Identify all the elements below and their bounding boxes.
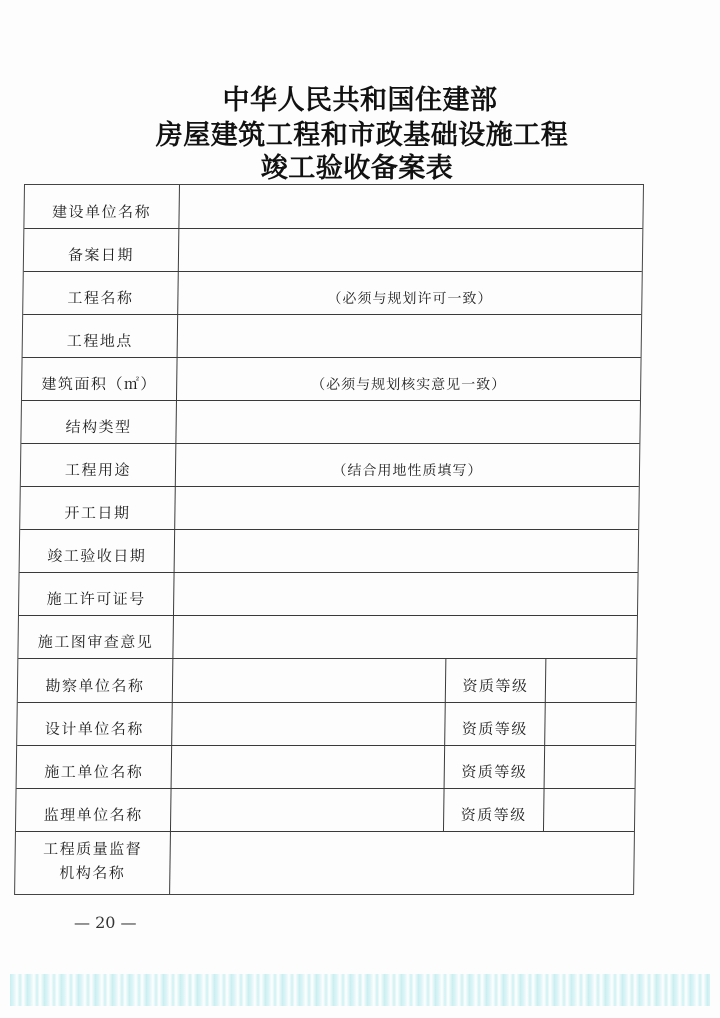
field-drawing-review[interactable] xyxy=(173,616,637,658)
label-project-use: 工程用途 xyxy=(21,444,177,486)
label-floor-area: 建筑面积（㎡） xyxy=(22,358,178,400)
form-row-structure-type: 结构类型 xyxy=(21,401,640,444)
field-survey-unit[interactable] xyxy=(173,659,447,702)
form-row-supervision-unit: 监理单位名称 资质等级 xyxy=(16,789,635,832)
label-design-unit: 设计单位名称 xyxy=(17,703,173,745)
field-design-qualification[interactable] xyxy=(545,703,636,745)
field-filing-date[interactable] xyxy=(179,229,643,271)
form-row-design-unit: 设计单位名称 资质等级 xyxy=(17,703,636,746)
label-filing-date: 备案日期 xyxy=(24,229,180,271)
form-row-contractor-unit: 施工单位名称 资质等级 xyxy=(17,746,636,789)
form-row-survey-unit: 勘察单位名称 资质等级 xyxy=(18,659,637,703)
label-supervision-unit: 监理单位名称 xyxy=(16,789,172,831)
document-title-line-3: 竣工验收备案表 xyxy=(0,152,717,186)
filing-form-table: 建设单位名称 备案日期 工程名称 （必须与规划许可一致） 工程地点 建筑面积（㎡… xyxy=(14,184,644,895)
field-completion-date[interactable] xyxy=(175,530,639,572)
field-contractor-qualification[interactable] xyxy=(545,746,636,788)
field-construction-unit[interactable] xyxy=(179,185,643,228)
form-row-completion-date: 竣工验收日期 xyxy=(20,530,639,573)
field-permit-number[interactable] xyxy=(174,573,638,615)
label-structure-type: 结构类型 xyxy=(21,401,177,443)
form-row-project-location: 工程地点 xyxy=(23,315,642,358)
label-permit-number: 施工许可证号 xyxy=(19,573,175,615)
scan-artifact-band xyxy=(10,974,710,1006)
label-design-qualification: 资质等级 xyxy=(445,703,546,745)
page-number: — 20 — xyxy=(74,913,137,932)
label-project-location: 工程地点 xyxy=(23,315,179,357)
form-row-project-use: 工程用途 （结合用地性质填写） xyxy=(21,444,640,487)
field-quality-supervision-agency[interactable] xyxy=(170,832,634,894)
label-survey-unit: 勘察单位名称 xyxy=(18,659,174,702)
field-start-date[interactable] xyxy=(175,487,639,529)
field-supervision-qualification[interactable] xyxy=(544,789,635,831)
document-title-line-1: 中华人民共和国住建部 xyxy=(0,84,720,118)
field-floor-area[interactable]: （必须与规划核实意见一致） xyxy=(177,358,641,400)
field-contractor-unit[interactable] xyxy=(172,746,446,788)
label-supervision-qualification: 资质等级 xyxy=(444,789,545,831)
label-line-2: 机构名称 xyxy=(59,861,125,885)
field-structure-type[interactable] xyxy=(176,401,640,443)
form-row-project-name: 工程名称 （必须与规划许可一致） xyxy=(23,272,642,315)
label-contractor-unit: 施工单位名称 xyxy=(17,746,173,788)
document-title-line-2: 房屋建筑工程和市政基础设施工程 xyxy=(2,119,720,153)
field-design-unit[interactable] xyxy=(172,703,446,745)
field-project-name[interactable]: （必须与规划许可一致） xyxy=(178,272,642,314)
label-contractor-qualification: 资质等级 xyxy=(445,746,546,788)
form-row-start-date: 开工日期 xyxy=(20,487,639,530)
form-row-quality-supervision-agency: 工程质量监督 机构名称 xyxy=(15,832,634,894)
form-row-filing-date: 备案日期 xyxy=(24,229,643,272)
label-construction-unit: 建设单位名称 xyxy=(24,185,180,228)
label-drawing-review: 施工图审查意见 xyxy=(18,616,174,658)
label-start-date: 开工日期 xyxy=(20,487,176,529)
field-survey-qualification[interactable] xyxy=(546,659,637,702)
form-row-floor-area: 建筑面积（㎡） （必须与规划核实意见一致） xyxy=(22,358,641,401)
label-quality-supervision-agency: 工程质量监督 机构名称 xyxy=(15,832,171,894)
label-survey-qualification: 资质等级 xyxy=(446,659,547,702)
form-row-construction-unit: 建设单位名称 xyxy=(24,185,643,229)
field-supervision-unit[interactable] xyxy=(171,789,445,831)
field-project-use[interactable]: （结合用地性质填写） xyxy=(176,444,640,486)
form-row-drawing-review: 施工图审查意见 xyxy=(18,616,637,659)
label-line-1: 工程质量监督 xyxy=(43,837,142,861)
form-row-permit-number: 施工许可证号 xyxy=(19,573,638,616)
field-project-location[interactable] xyxy=(178,315,642,357)
label-completion-date: 竣工验收日期 xyxy=(20,530,176,572)
label-project-name: 工程名称 xyxy=(23,272,179,314)
